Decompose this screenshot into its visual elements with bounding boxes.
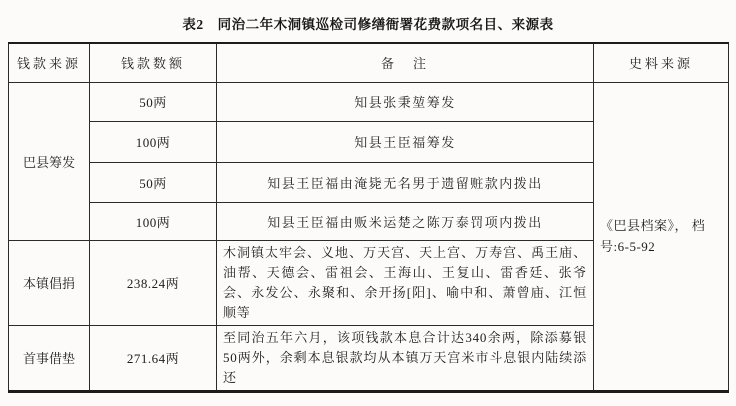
header-row: 钱款来源 钱款数额 备 注 史料来源 <box>9 43 729 82</box>
remark-cell: 知县张秉堃筹发 <box>217 82 594 121</box>
col-header-fund-amount: 钱款数额 <box>90 43 217 82</box>
remark-cell: 木洞镇太牢会、义地、万天宫、天上宫、万寿宫、禹王庙、油帮、天德会、雷祖会、王海山… <box>217 240 594 325</box>
amount-cell: 50两 <box>90 162 217 202</box>
fund-source-baxian-cell: 巴县筹发 <box>9 82 90 240</box>
expense-table: 钱款来源 钱款数额 备 注 史料来源 巴县筹发 50两 知县张秉堃筹发 《巴县档… <box>8 42 729 393</box>
amount-cell: 271.64两 <box>90 325 217 391</box>
amount-cell: 50两 <box>90 82 217 121</box>
fund-source-town-donation-cell: 本镇倡捐 <box>9 240 90 325</box>
col-header-fund-source: 钱款来源 <box>9 43 90 82</box>
remark-cell: 知县王臣福由淹毙无名男于遗留赃款内拨出 <box>217 162 594 202</box>
amount-cell: 238.24两 <box>90 240 217 325</box>
col-header-archive-source: 史料来源 <box>594 43 729 82</box>
remark-cell: 知县王臣福由贩米运楚之陈万泰罚项内拨出 <box>217 202 594 240</box>
amount-cell: 100两 <box>90 202 217 240</box>
col-header-remarks: 备 注 <box>217 43 594 82</box>
remark-cell: 知县王臣福筹发 <box>217 121 594 162</box>
fund-source-manager-advance-cell: 首事借垫 <box>9 325 90 391</box>
document-page: 表2 同治二年木洞镇巡检司修缮衙署花费款项名目、来源表 钱款来源 钱款数额 备 … <box>0 0 736 406</box>
table-title: 表2 同治二年木洞镇巡检司修缮衙署花费款项名目、来源表 <box>0 13 736 33</box>
amount-cell: 100两 <box>90 121 217 162</box>
archive-source-cell: 《巴县档案》， 档号:6-5-92 <box>594 82 729 391</box>
remark-cell: 至同治五年六月，该项钱款本息合计达340余两，除添募银50两外，余剩本息银款均从… <box>217 325 594 391</box>
table-row: 巴县筹发 50两 知县张秉堃筹发 《巴县档案》， 档号:6-5-92 <box>9 82 729 121</box>
